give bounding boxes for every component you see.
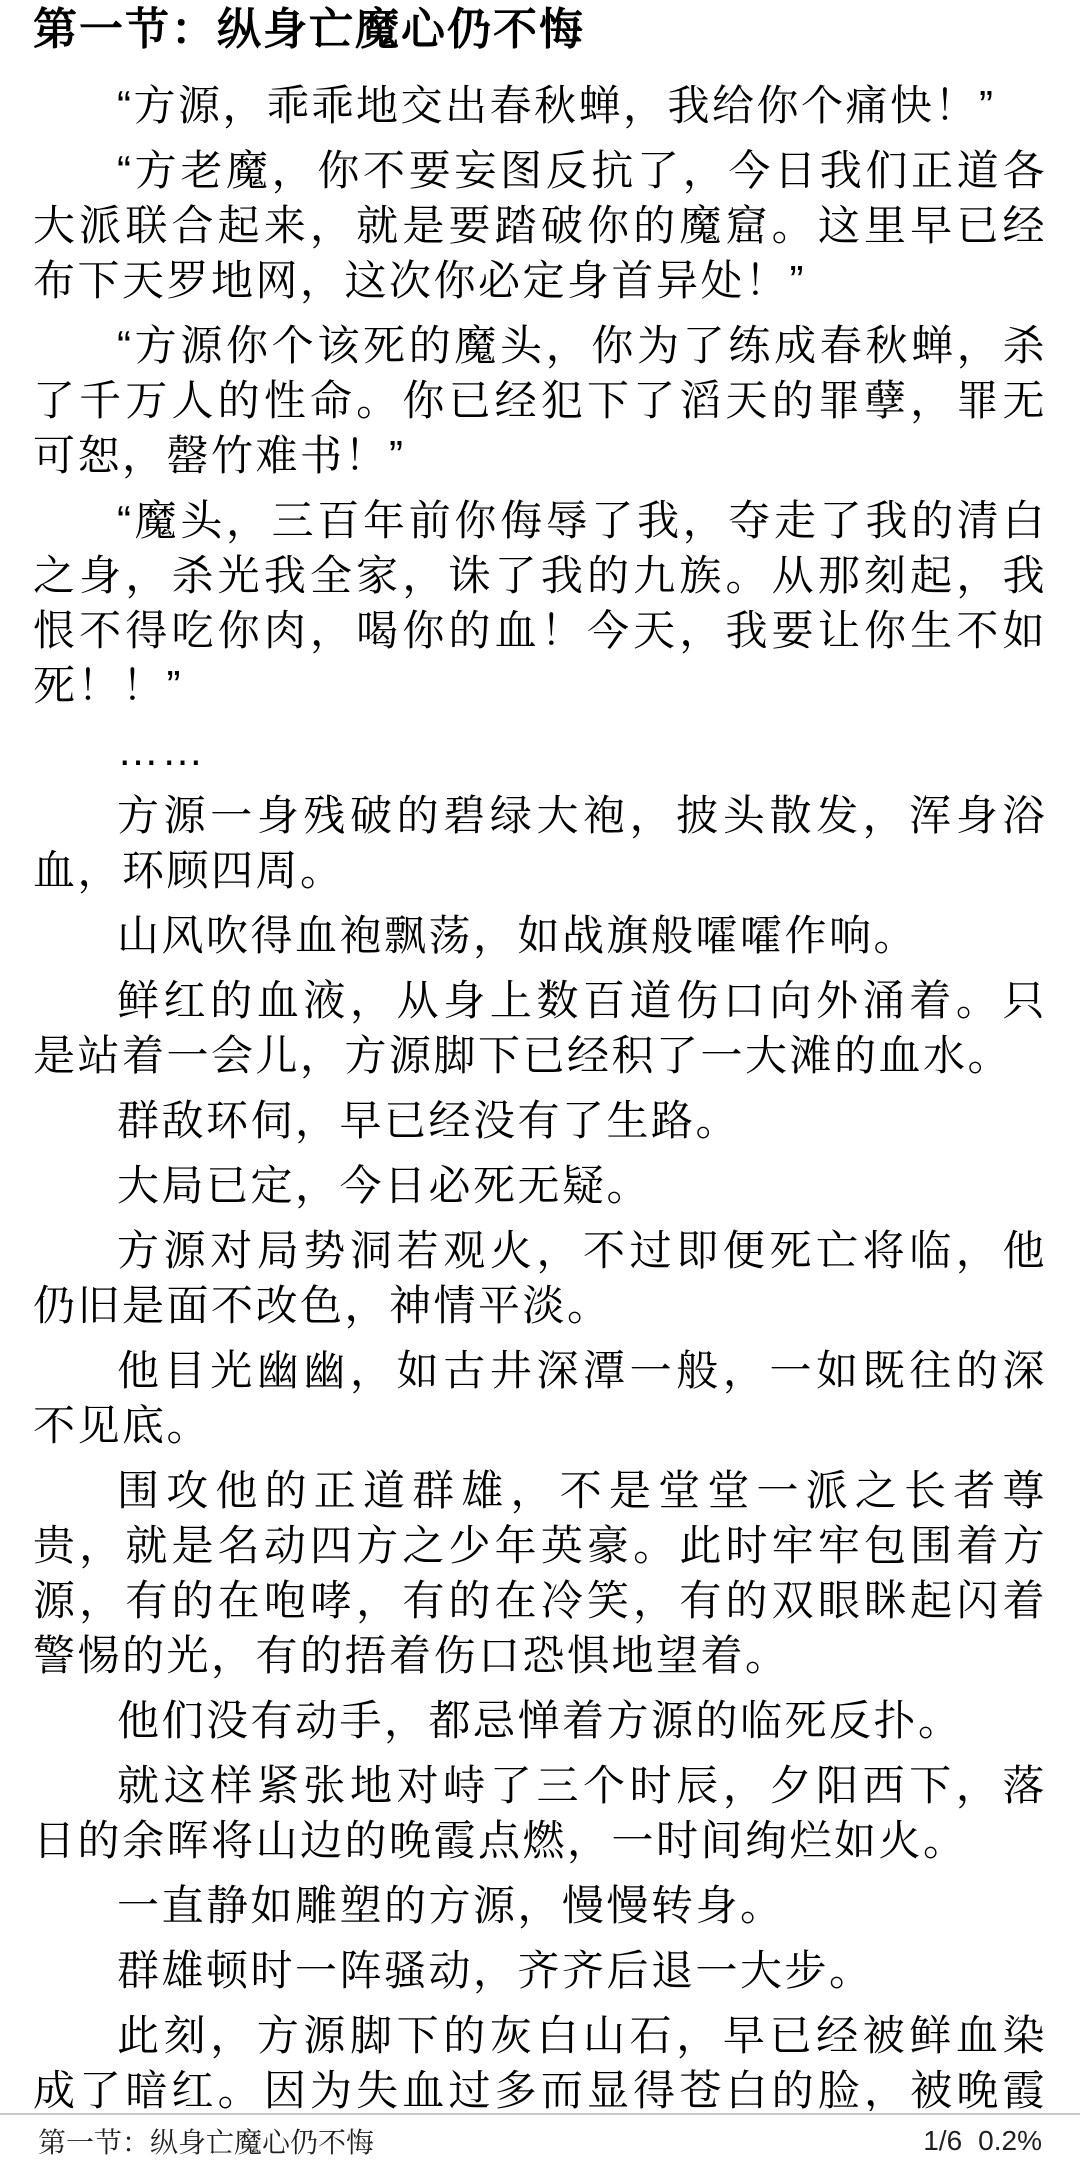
reading-area[interactable]: 第一节：纵身亡魔心仍不悔 “方源，乖乖地交出春秋蝉，我给你个痛快！”“方老魔，你… — [0, 0, 1080, 2111]
paragraph: 就这样紧张地对峙了三个时辰，夕阳西下，落日的余晖将山边的晚霞点燃，一时间绚烂如火… — [33, 1758, 1047, 1868]
paragraph: 一直静如雕塑的方源，慢慢转身。 — [33, 1878, 1047, 1933]
reader-page: 第一节：纵身亡魔心仍不悔 “方源，乖乖地交出春秋蝉，我给你个痛快！”“方老魔，你… — [0, 0, 1080, 2167]
paragraph: “魔头，三百年前你侮辱了我，夺走了我的清白之身，杀光我全家，诛了我的九族。从那刻… — [33, 493, 1047, 713]
paragraph: 群敌环伺，早已经没有了生路。 — [33, 1093, 1047, 1148]
paragraph: “方源，乖乖地交出春秋蝉，我给你个痛快！” — [33, 78, 1047, 133]
chapter-title: 第一节：纵身亡魔心仍不悔 — [33, 4, 1047, 56]
paragraph: 鲜红的血液，从身上数百道伤口向外涌着。只是站着一会儿，方源脚下已经积了一大滩的血… — [33, 973, 1047, 1083]
footer-chapter-title: 第一节：纵身亡魔心仍不悔 — [38, 2121, 374, 2161]
paragraph: …… — [33, 723, 1047, 778]
paragraph: 方源一身残破的碧绿大袍，披头散发，浑身浴血，环顾四周。 — [33, 788, 1047, 898]
paragraph: “方源你个该死的魔头，你为了练成春秋蝉，杀了千万人的性命。你已经犯下了滔天的罪孽… — [33, 318, 1047, 483]
paragraph: 方源对局势洞若观火，不过即便死亡将临，他仍旧是面不改色，神情平淡。 — [33, 1223, 1047, 1333]
paragraph: 围攻他的正道群雄，不是堂堂一派之长者尊贵，就是名动四方之少年英豪。此时牢牢包围着… — [33, 1463, 1047, 1683]
status-bar: 第一节：纵身亡魔心仍不悔 1/6 0.2% — [0, 2113, 1080, 2167]
paragraph: 山风吹得血袍飘荡，如战旗般嚯嚯作响。 — [33, 908, 1047, 963]
chapter-body: “方源，乖乖地交出春秋蝉，我给你个痛快！”“方老魔，你不要妄图反抗了，今日我们正… — [33, 78, 1047, 2111]
paragraph: 群雄顿时一阵骚动，齐齐后退一大步。 — [33, 1943, 1047, 1998]
paragraph: “方老魔，你不要妄图反抗了，今日我们正道各大派联合起来，就是要踏破你的魔窟。这里… — [33, 143, 1047, 308]
page-indicator: 1/6 — [923, 2125, 962, 2157]
reading-progress: 0.2% — [978, 2125, 1042, 2157]
paragraph: 他们没有动手，都忌惮着方源的临死反扑。 — [33, 1693, 1047, 1748]
paragraph: 此刻，方源脚下的灰白山石，早已经被鲜血染成了暗红。因为失血过多而显得苍白的脸，被… — [33, 2008, 1047, 2111]
paragraph: 他目光幽幽，如古井深潭一般，一如既往的深不见底。 — [33, 1343, 1047, 1453]
paragraph: 大局已定，今日必死无疑。 — [33, 1158, 1047, 1213]
footer-right-group: 1/6 0.2% — [923, 2125, 1042, 2157]
